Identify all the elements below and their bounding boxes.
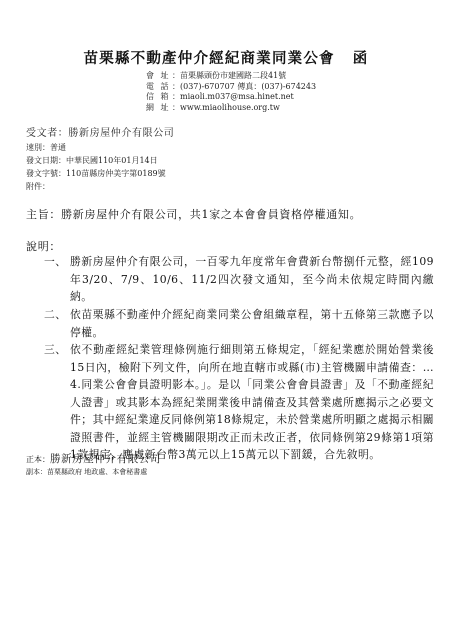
address-label: 會 址	[146, 71, 172, 82]
item-number: 二、	[44, 306, 70, 324]
contact-block: 會 址：苗栗縣頭份市建國路二段41號 電 話：(037)-670707 傳真：(…	[146, 71, 316, 113]
explanation-item: 三、 依不動產經紀業管理條例施行細則第五條規定，「經紀業應於開始營業後15日內，…	[44, 341, 434, 464]
recipient-line: 受文者：勝新房屋仲介有限公司	[26, 124, 174, 139]
item-text: 勝新房屋仲介有限公司，一百零九年度常年會費新台幣捌仟元整，經109年3/20、7…	[70, 253, 434, 306]
subject-line: 主旨：勝新房屋仲介有限公司，共1家之本會會員資格停權通知。	[26, 206, 361, 222]
item-number: 三、	[44, 341, 70, 359]
official-letter-page: 苗栗縣不動產仲介經紀商業同業公會函 會 址：苗栗縣頭份市建國路二段41號 電 話…	[0, 0, 452, 640]
date-label: 發文日期：	[26, 156, 66, 165]
doc-number-value: 110苗縣房仲美字第0189號	[66, 169, 166, 178]
email-row: 信 箱：miaoli.m037@msa.hinet.net	[146, 92, 316, 103]
address-value: 苗栗縣頭份市建國路二段41號	[180, 71, 286, 80]
letter-header: 苗栗縣不動產仲介經紀商業同業公會函	[0, 47, 452, 68]
phone-label: 電 話	[146, 82, 172, 93]
original-value: 勝新房屋仲介有限公司	[50, 453, 161, 465]
fax-label: 傳真	[237, 82, 253, 91]
document-type: 函	[353, 51, 369, 67]
speed-line: 速別：普通	[26, 142, 66, 153]
subject-label: 主旨：	[26, 208, 61, 221]
attachment-label: 附件：	[26, 182, 50, 191]
original-label: 正本：	[26, 455, 50, 464]
email-value: miaoli.m037@msa.hinet.net	[180, 92, 294, 101]
speed-label: 速別：	[26, 143, 50, 152]
email-label: 信 箱	[146, 92, 172, 103]
recipient-label: 受文者：	[26, 128, 68, 139]
recipient-value: 勝新房屋仲介有限公司	[68, 128, 174, 139]
website-row: 網 址：www.miaolihouse.org.tw	[146, 103, 316, 114]
explanation-heading: 說明：	[26, 238, 61, 254]
attachment-line: 附件：	[26, 181, 50, 192]
item-number: 一、	[44, 253, 70, 271]
original-copy-line: 正本：勝新房屋仲介有限公司	[26, 447, 161, 466]
explanation-item: 二、 依苗栗縣不動產仲介經紀商業同業公會組織章程，第十五條第三款應予以停權。	[44, 306, 434, 341]
cc-value: 苗栗縣政府 地政處、本會秘書處	[47, 468, 147, 476]
address-row: 會 址：苗栗縣頭份市建國路二段41號	[146, 71, 316, 82]
doc-number-line: 發文字號：110苗縣房仲美字第0189號	[26, 168, 166, 179]
speed-value: 普通	[50, 143, 66, 152]
fax-value: (037)-674243	[261, 82, 316, 91]
cc-line: 副本：苗栗縣政府 地政處、本會秘書處	[26, 467, 147, 477]
website-value: www.miaolihouse.org.tw	[180, 103, 280, 112]
item-text: 依不動產經紀業管理條例施行細則第五條規定，「經紀業應於開始營業後15日內，檢附下…	[70, 341, 434, 464]
explanation-item: 一、 勝新房屋仲介有限公司，一百零九年度常年會費新台幣捌仟元整，經109年3/2…	[44, 253, 434, 306]
subject-text: 勝新房屋仲介有限公司，共1家之本會會員資格停權通知。	[61, 208, 361, 221]
association-name: 苗栗縣不動產仲介經紀商業同業公會	[84, 51, 335, 67]
phone-row: 電 話：(037)-670707 傳真：(037)-674243	[146, 82, 316, 93]
doc-number-label: 發文字號：	[26, 169, 66, 178]
date-line: 發文日期：中華民國110年01月14日	[26, 155, 158, 166]
website-label: 網 址	[146, 103, 172, 114]
cc-label: 副本：	[26, 468, 47, 476]
date-value: 中華民國110年01月14日	[66, 156, 158, 165]
item-text: 依苗栗縣不動產仲介經紀商業同業公會組織章程，第十五條第三款應予以停權。	[70, 306, 434, 341]
phone-value: (037)-670707	[180, 82, 235, 91]
